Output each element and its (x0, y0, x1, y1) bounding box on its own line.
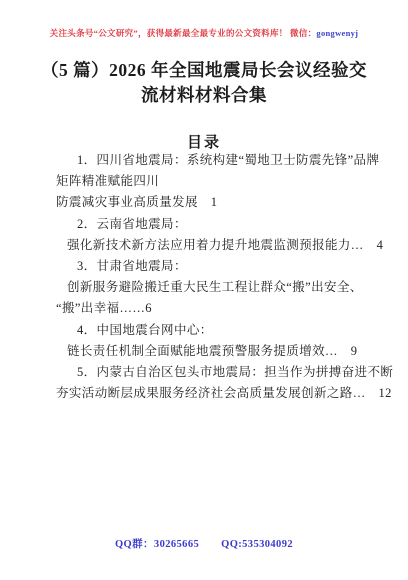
document-title-line2: 流材料材料合集 (20, 83, 388, 108)
toc-entry-3-title: 3．甘肃省地震局： (56, 256, 368, 277)
wechat-id: gongwenyj (316, 28, 358, 38)
table-of-contents: 1．四川省地震局：系统构建“蜀地卫士防震先锋”品牌 矩阵精准赋能四川 防震减灾事… (56, 150, 368, 404)
toc-heading: 目录 (0, 131, 408, 152)
toc-entry-1-page: 防震减灾事业高质量发展 1 (56, 192, 368, 213)
qq-group-number: QQ群：30265665 (115, 539, 199, 550)
toc-entry-1-title: 1．四川省地震局：系统构建“蜀地卫士防震先锋”品牌 (56, 150, 368, 171)
toc-entry-3-cont: “搬”出幸福……6 (56, 298, 368, 319)
toc-entry-2-subtitle: 强化新技术新方法应用着力提升地震监测预报能力… 4 (56, 235, 368, 256)
document-page: 关注头条号“公文研究”，获得最新最全最专业的公文资料库！ 微信：gongweny… (0, 0, 408, 580)
document-title: （5 篇）2026 年全国地震局长会议经验交 流材料材料合集 (20, 58, 388, 108)
qq-number: QQ:535304092 (221, 539, 293, 550)
toc-entry-5-cont: 夯实活动断层成果服务经济社会高质量发展创新之路… 12 (56, 383, 368, 404)
toc-entry-1-cont: 矩阵精准赋能四川 (56, 171, 368, 192)
toc-entry-2-title: 2．云南省地震局： (56, 214, 368, 235)
document-title-line1: （5 篇）2026 年全国地震局长会议经验交 (20, 58, 388, 83)
header-promo-text: 关注头条号“公文研究”，获得最新最全最专业的公文资料库！ 微信： (50, 28, 317, 38)
toc-entry-3-subtitle: 创新服务避险搬迁重大民生工程让群众“搬”出安全、 (56, 277, 368, 298)
toc-entry-5-title: 5．内蒙古自治区包头市地震局：担当作为拼搏奋进不断 (56, 362, 368, 383)
header-promo-notice: 关注头条号“公文研究”，获得最新最全最专业的公文资料库！ 微信：gongweny… (0, 27, 408, 39)
toc-entry-4-title: 4．中国地震台网中心： (56, 320, 368, 341)
footer-contact: QQ群：30265665QQ:535304092 (0, 536, 408, 551)
toc-entry-4-subtitle: 链长责任机制全面赋能地震预警服务提质增效… 9 (56, 341, 368, 362)
